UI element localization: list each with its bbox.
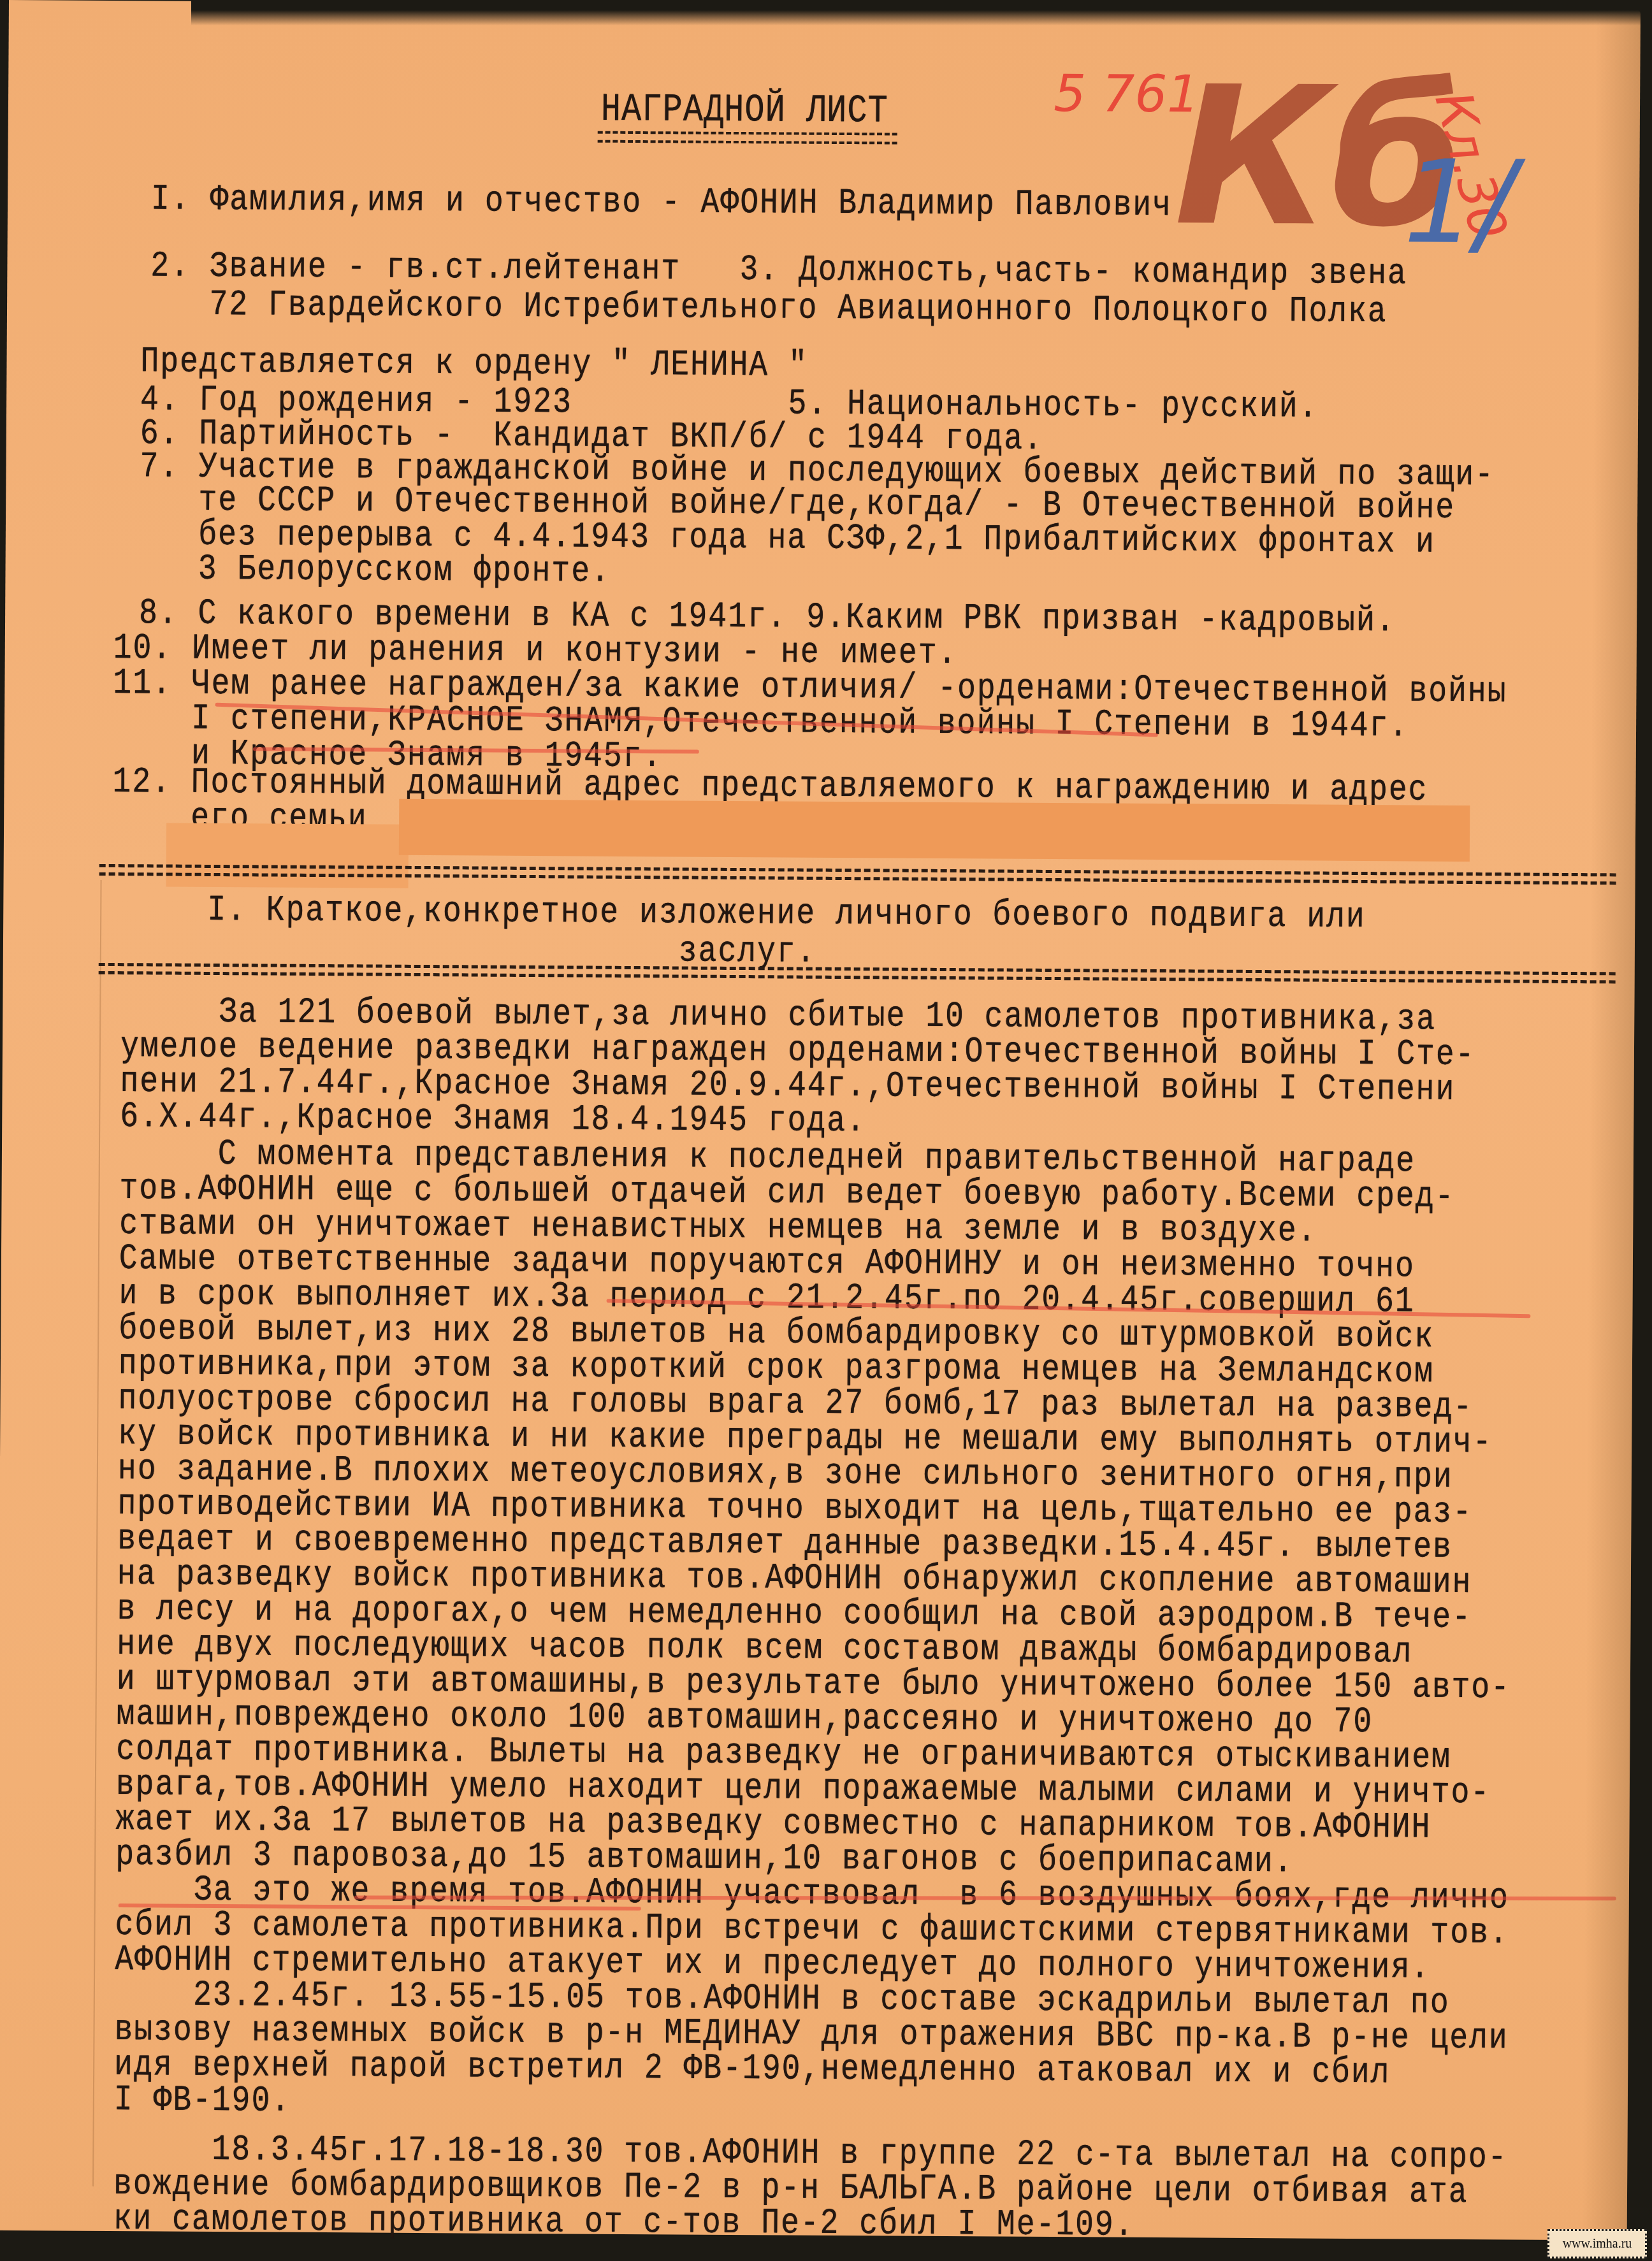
scan-edge-top [191,0,1652,25]
award-sheet: НАГРАДНОЙ ЛИСТ 5 761 Кб Кл.30 1/ I. Фами… [0,0,1641,2241]
body-line: идя верхней парой встретил 2 ФВ-190,неме… [114,2045,1391,2093]
section-heading: I. Краткое,конкретное изложение личного … [207,890,1366,938]
watermark: www.imha.ru [1547,2229,1647,2258]
dashed-divider [99,963,1616,984]
body-line: I ФВ-190. [114,2080,291,2121]
redacted-block [166,823,409,888]
redacted-block [399,799,1470,862]
margin-line [92,880,102,2186]
body-line: ки самолетов противника от с-тов Пе-2 сб… [113,2199,1134,2246]
handwritten-blue-mark: 1/ [1403,136,1515,270]
field-unit: 72 Гвардейского Истребительного Авиацион… [150,284,1388,333]
title-underline [598,131,897,145]
field-participation-4: 3 Белорусском фронте. [139,549,611,592]
scan-edge-bottom [0,2243,1652,2261]
field-name: I. Фамилия,имя и отчество - АФОНИН Влади… [151,179,1172,226]
document-title: НАГРАДНОЙ ЛИСТ [601,90,888,132]
field-award: Представляется к ордену " ЛЕНИНА " [140,342,808,386]
